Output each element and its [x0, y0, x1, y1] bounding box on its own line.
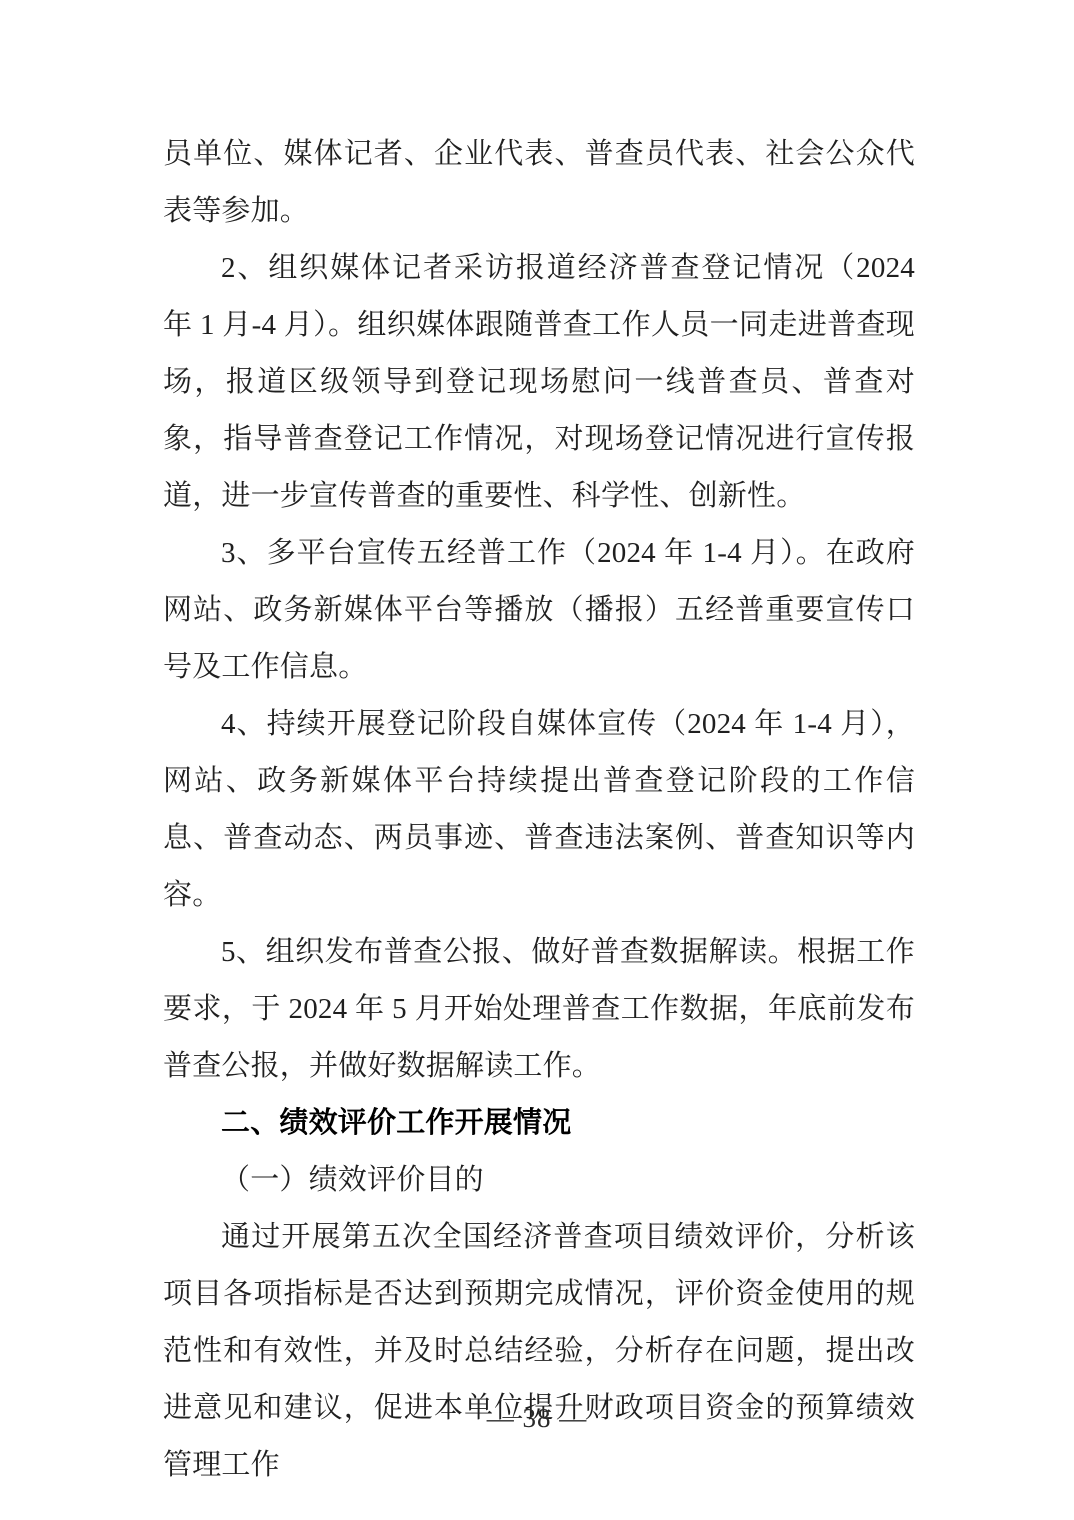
section-heading: 二、绩效评价工作开展情况 — [163, 1095, 915, 1152]
document-content: 员单位、媒体记者、企业代表、普查员代表、社会公众代表等参加。 2、组织媒体记者采… — [163, 126, 915, 1494]
paragraph-item-4: 4、持续开展登记阶段自媒体宣传（2024 年 1-4 月），网站、政务新媒体平台… — [163, 696, 915, 924]
paragraph-body: 通过开展第五次全国经济普查项目绩效评价，分析该项目各项指标是否达到预期完成情况，… — [163, 1209, 915, 1494]
paragraph-item-3: 3、多平台宣传五经普工作（2024 年 1-4 月）。在政府网站、政务新媒体平台… — [163, 525, 915, 696]
page-number: — 38 — — [0, 1398, 1074, 1438]
paragraph-item-2: 2、组织媒体记者采访报道经济普查登记情况（2024 年 1 月-4 月）。组织媒… — [163, 240, 915, 525]
paragraph-item-5: 5、组织发布普查公报、做好普查数据解读。根据工作要求，于 2024 年 5 月开… — [163, 924, 915, 1095]
subsection-heading: （一）绩效评价目的 — [163, 1152, 915, 1209]
document-page: 员单位、媒体记者、企业代表、普查员代表、社会公众代表等参加。 2、组织媒体记者采… — [0, 0, 1074, 1520]
paragraph-continuation: 员单位、媒体记者、企业代表、普查员代表、社会公众代表等参加。 — [163, 126, 915, 240]
